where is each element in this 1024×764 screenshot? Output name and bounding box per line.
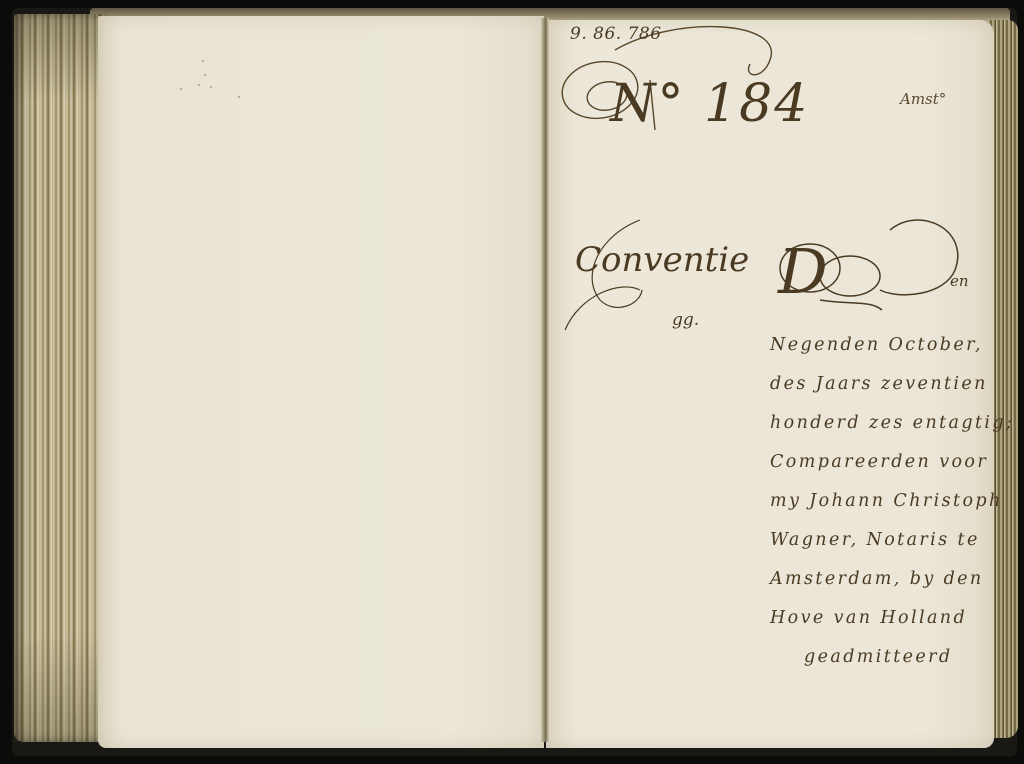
ink-speck (180, 88, 182, 90)
act-number: N° 184 (610, 74, 809, 134)
ink-speck (202, 60, 204, 62)
ink-speck (210, 86, 212, 88)
location-note: Amst° (900, 90, 946, 108)
body-line: Amsterdam, by den (770, 560, 995, 599)
margin-subnote: gg. (672, 310, 699, 330)
body-line: Hove van Holland (770, 599, 995, 638)
folio-reference: 9. 86. 786 (570, 24, 662, 44)
ink-speck (204, 74, 206, 76)
margin-heading: Conventie (575, 240, 749, 280)
book-scan: 9. 86. 786 N° 184 Amst° Conventie gg. D … (0, 0, 1024, 764)
opening-initial: D (778, 235, 828, 308)
body-line: Compareerden voor (770, 443, 995, 482)
book-gutter (541, 18, 549, 742)
act-body-text: Negenden October, des Jaars zeventien ho… (770, 326, 995, 677)
ink-speck (198, 84, 200, 86)
left-fore-edge (14, 14, 106, 742)
body-line: Wagner, Notaris te (770, 521, 995, 560)
body-line: honderd zes entagtig; (770, 404, 995, 443)
body-line: Negenden October, (770, 326, 995, 365)
ink-speck (238, 96, 240, 98)
body-line: geadmitteerd (770, 638, 995, 677)
left-page (98, 16, 544, 748)
opening-initial-tail: en (950, 272, 969, 290)
body-line: my Johann Christoph (770, 482, 995, 521)
body-line: des Jaars zeventien (770, 365, 995, 404)
